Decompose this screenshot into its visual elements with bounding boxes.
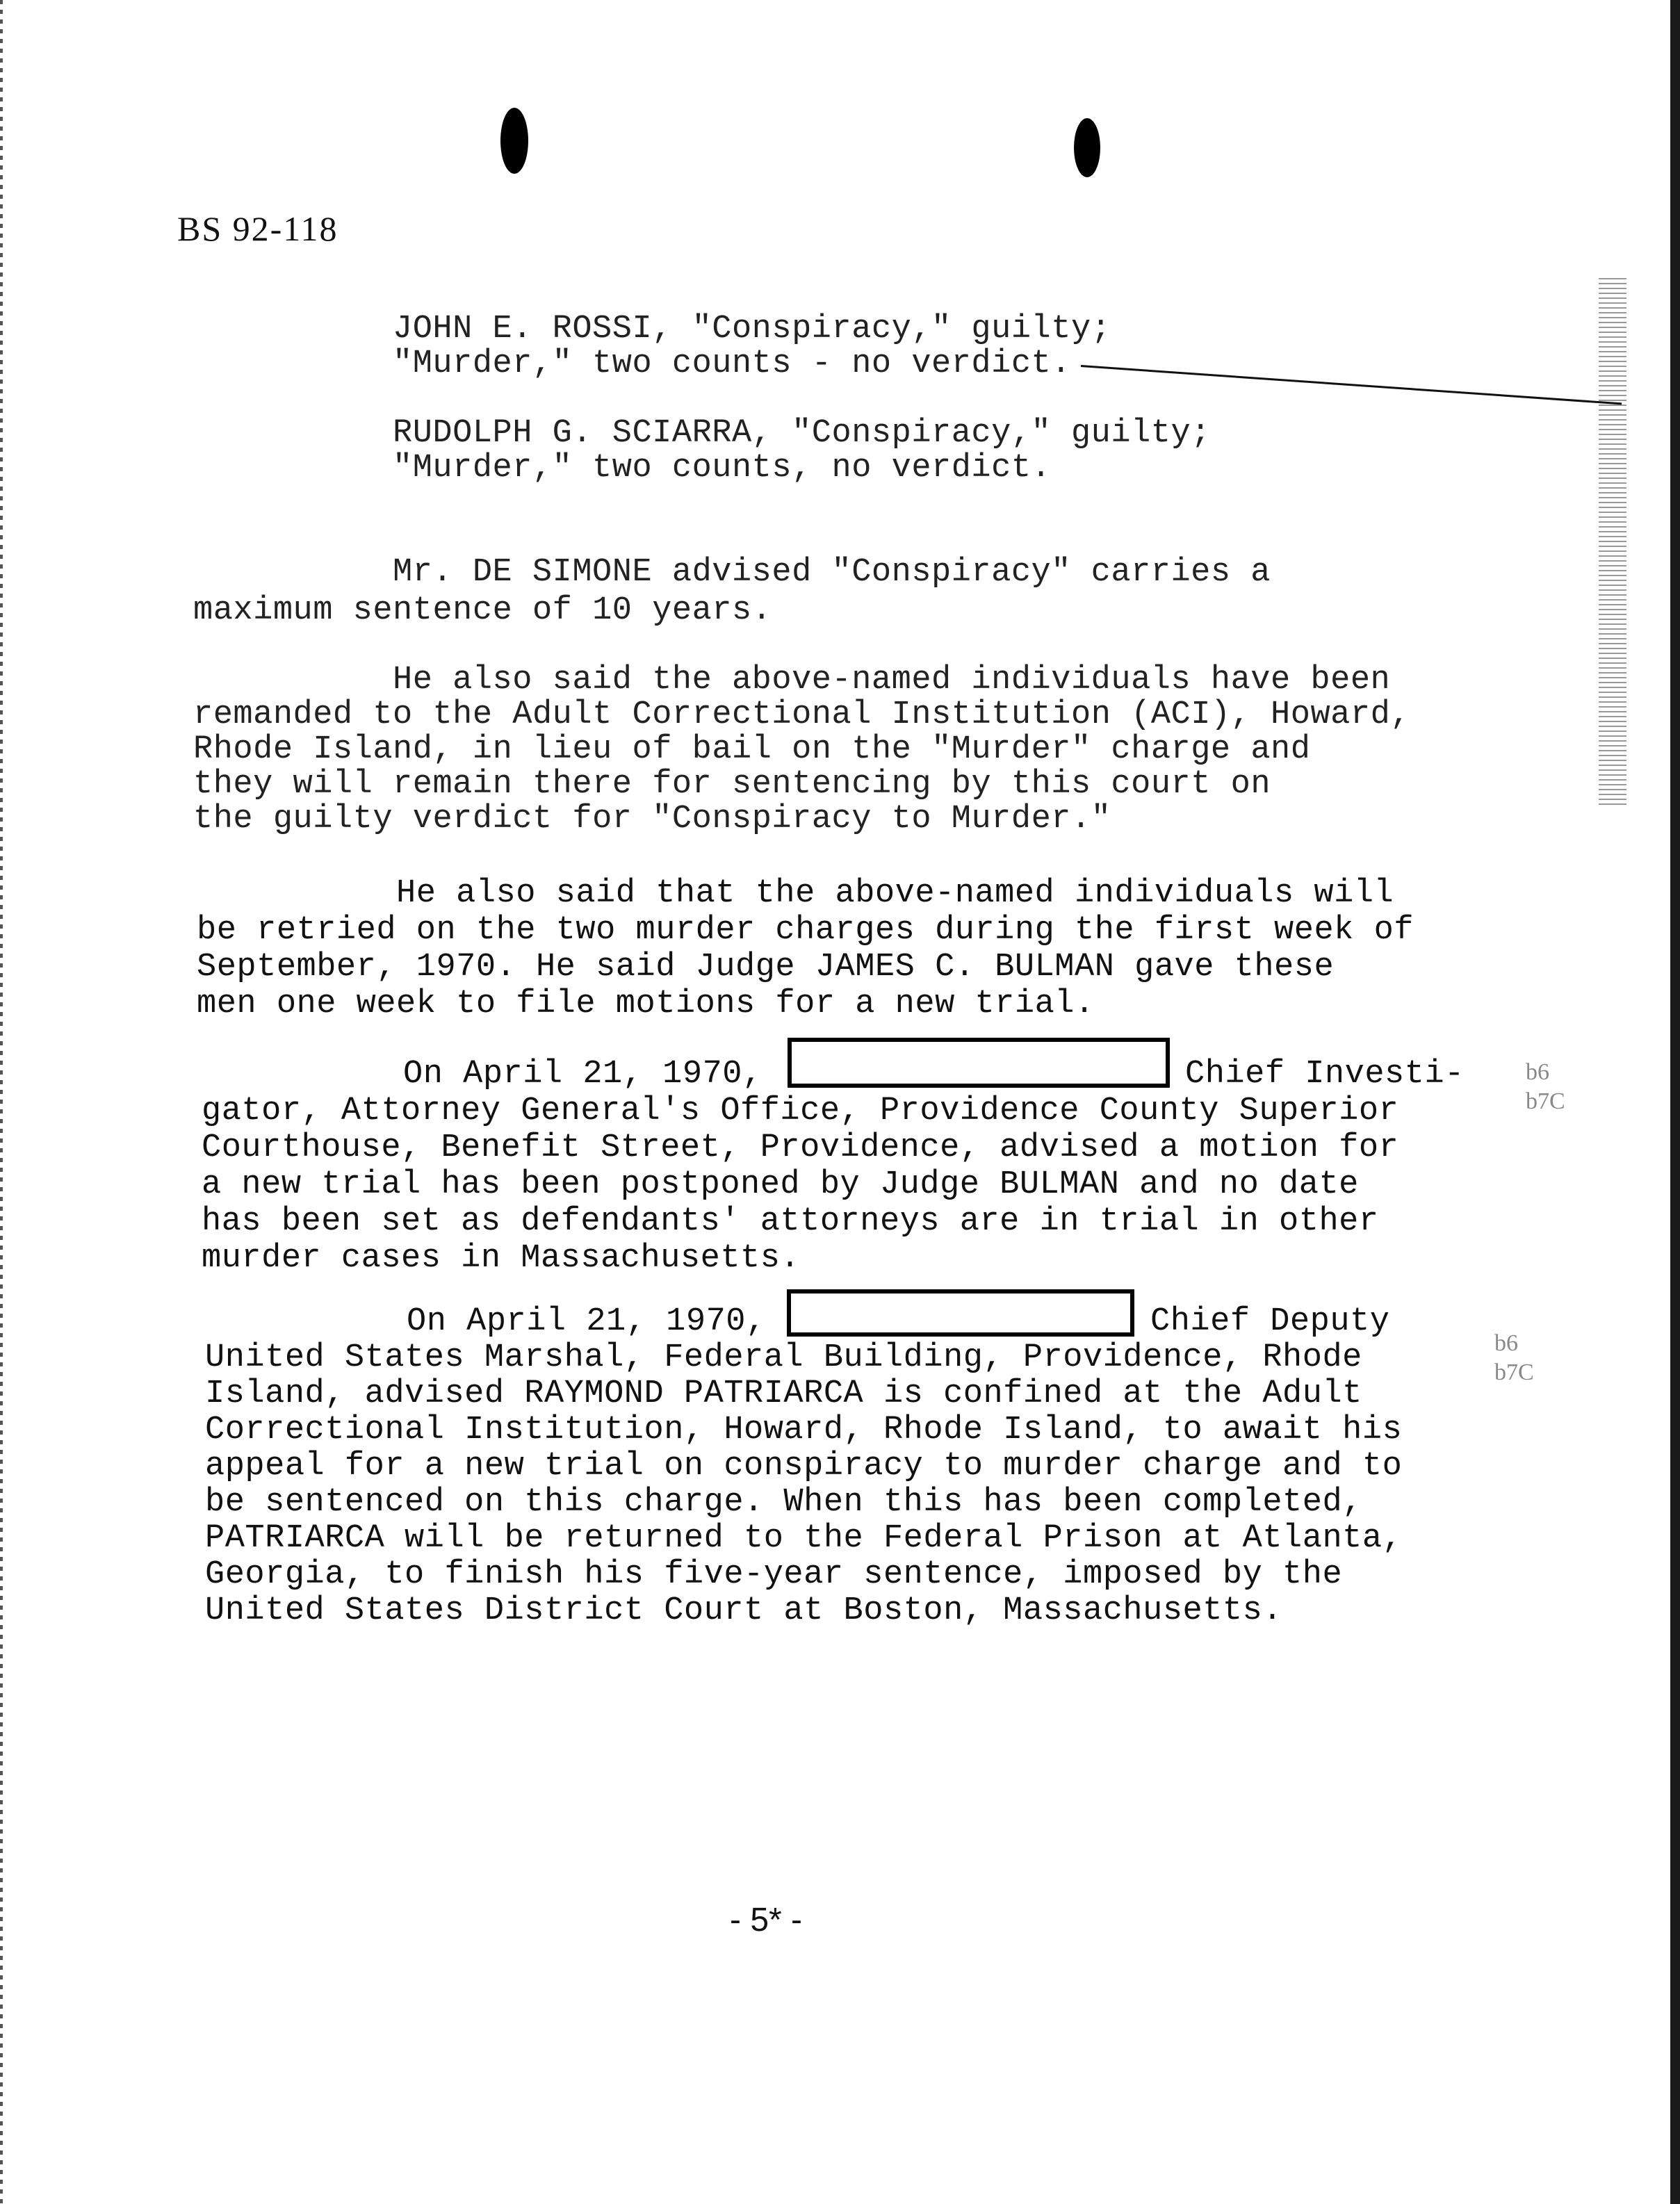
paragraph-line: He also said that the above-named indivi… [396,877,1394,910]
paragraph-line: has been set as defendants' attorneys ar… [202,1205,1379,1238]
paragraph-line: Island, advised RAYMOND PATRIARCA is con… [205,1378,1362,1410]
paragraph-line: PATRIARCA will be returned to the Federa… [205,1522,1402,1555]
paragraph-lead: On April 21, 1970, [403,1058,762,1091]
paragraph-line: Correctional Institution, Howard, Rhode … [205,1414,1402,1446]
exemption-code: b6 [1526,1058,1549,1087]
paragraph-line: remanded to the Adult Correctional Insti… [193,699,1410,731]
paragraph-line: September, 1970. He said Judge JAMES C. … [197,951,1334,983]
paragraph-line: He also said the above-named individuals… [393,664,1390,696]
exemption-code: b6 [1494,1329,1518,1358]
redaction-box [787,1289,1134,1337]
paragraph-line: United States District Court at Boston, … [205,1594,1282,1627]
exemption-code: b7C [1526,1087,1565,1116]
punch-hole-left [500,108,528,174]
strike-line [1081,365,1622,405]
paragraph-line: Rhode Island, in lieu of bail on the "Mu… [193,733,1310,766]
paragraph-line: Courthouse, Benefit Street, Providence, … [202,1132,1398,1164]
defendant-line: "Murder," two counts - no verdict. [393,348,1071,380]
paragraph-line: a new trial has been postponed by Judge … [202,1168,1359,1201]
paragraph-line: gator, Attorney General's Office, Provid… [202,1095,1398,1127]
scan-noise-strip [1599,278,1626,806]
defendant-line: RUDOLPH G. SCIARRA, "Conspiracy," guilty… [393,417,1211,450]
redaction-box [788,1038,1170,1088]
scan-edge-right [1670,0,1680,2204]
punch-hole-right [1074,118,1100,177]
paragraph-line: be retried on the two murder charges dur… [197,914,1414,947]
document-page: BS 92-118 JOHN E. ROSSI, "Conspiracy," g… [0,0,1680,2204]
paragraph-line: murder cases in Massachusetts. [202,1242,800,1275]
paragraph-line: they will remain there for sentencing by… [193,768,1271,801]
paragraph-lead: On April 21, 1970, [407,1305,766,1338]
paragraph-line: maximum sentence of 10 years. [193,594,772,627]
paragraph-line: Georgia, to finish his five-year sentenc… [205,1558,1342,1591]
paragraph-line: men one week to file motions for a new t… [197,988,1095,1020]
paragraph-line: Chief Investi- [1185,1058,1465,1091]
defendant-line: JOHN E. ROSSI, "Conspiracy," guilty; [393,313,1111,345]
paragraph-line: appeal for a new trial on conspiracy to … [205,1450,1402,1483]
exemption-code: b7C [1494,1358,1534,1387]
page-number: - 5* - [730,1901,802,1939]
scan-edge-left [0,0,3,2204]
paragraph-line: Mr. DE SIMONE advised "Conspiracy" carri… [393,556,1271,589]
paragraph-line: United States Marshal, Federal Building,… [205,1341,1362,1374]
paragraph-line: Chief Deputy [1150,1305,1389,1338]
paragraph-line: the guilty verdict for "Conspiracy to Mu… [193,803,1111,835]
defendant-line: "Murder," two counts, no verdict. [393,452,1051,484]
paragraph-line: be sentenced on this charge. When this h… [205,1486,1362,1519]
file-number: BS 92-118 [177,209,338,249]
